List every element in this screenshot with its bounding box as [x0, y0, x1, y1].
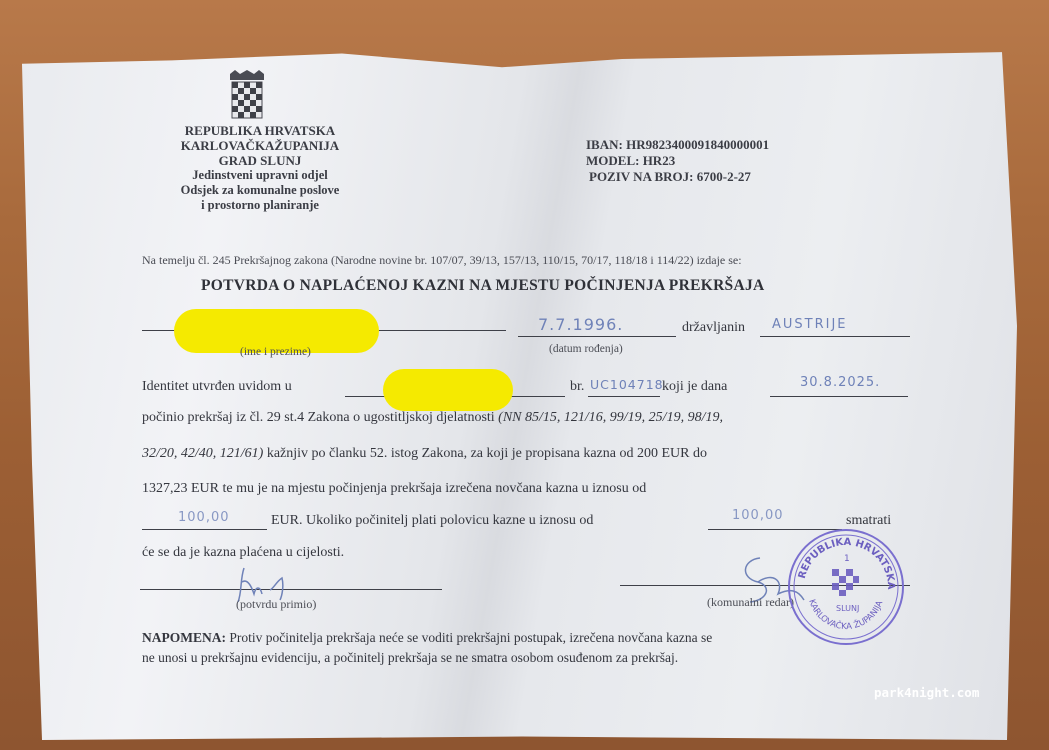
note-line-2: ne unosi u prekršajnu evidenciju, a poči…: [142, 650, 678, 666]
issuer-city: GRAD SLUNJ: [140, 153, 380, 168]
note-text-1: Protiv počinitelja prekršaja neće se vod…: [226, 630, 712, 645]
citizen-label: državljanin: [682, 320, 745, 336]
issuer-section: Odsjek za komunalne poslove: [140, 183, 380, 198]
fine-amount-line: [142, 529, 267, 530]
body-line-4a: EUR. Ukoliko počinitelj plati polovicu k…: [271, 513, 593, 529]
svg-text:1: 1: [844, 554, 850, 564]
law-references-2: 32/20, 42/40, 121/61): [142, 446, 263, 461]
issuer-county: KARLOVAČKAŽUPANIJA: [140, 138, 380, 153]
citizen-line: [760, 336, 910, 337]
payment-details: IBAN: HR9823400091840000001 MODEL: HR23 …: [586, 137, 769, 185]
citizen-value: AUSTRIJE: [772, 317, 848, 332]
svg-text:SLUNJ: SLUNJ: [836, 604, 859, 613]
document-title: POTVRDA O NAPLAĆENOJ KAZNI NA MJESTU POČ…: [201, 277, 765, 295]
received-caption: (potvrdu primio): [236, 597, 316, 612]
official-stamp-icon: REPUBLIKA HRVATSKA KARLOVAČKA ŽUPANIJA 1…: [786, 527, 906, 647]
iban: IBAN: HR9823400091840000001: [586, 137, 769, 153]
watermark: park4night.com: [874, 685, 979, 700]
issuer-section-2: i prostorno planiranje: [140, 198, 380, 213]
date-label: koji je dana: [662, 379, 727, 395]
legal-basis: Na temelju čl. 245 Prekršajnog zakona (N…: [142, 253, 742, 268]
body-line-1: počinio prekršaj iz čl. 29 st.4 Zakona o…: [142, 410, 723, 426]
issuer-department: Jedinstveni upravni odjel: [140, 168, 380, 183]
body-line-5: će se da je kazna plaćena u cijelosti.: [142, 545, 344, 561]
birth-date-value: 7.7.1996.: [538, 315, 623, 334]
fine-amount-value: 100,00: [178, 510, 230, 525]
birth-date-line: [518, 336, 676, 337]
payment-model: MODEL: HR23: [586, 153, 769, 169]
officer-caption: (komunalni redar): [707, 595, 794, 610]
identity-redaction: [383, 369, 513, 411]
note-label: NAPOMENA:: [142, 630, 226, 645]
issuer-country: REPUBLIKA HRVATSKA: [140, 123, 380, 138]
birth-date-caption: (datum rođenja): [549, 343, 623, 355]
note-line-1: NAPOMENA: Protiv počinitelja prekršaja n…: [142, 630, 712, 646]
br-line: [588, 396, 660, 397]
croatian-coat-of-arms-icon: [227, 70, 267, 124]
half-amount-value: 100,00: [732, 508, 784, 523]
offense-law-text: počinio prekršaj iz čl. 29 st.4 Zakona o…: [142, 410, 498, 425]
body-line-3: 1327,23 EUR te mu je na mjestu počinjenj…: [142, 481, 646, 497]
law-references: (NN 85/15, 121/16, 99/19, 25/19, 98/19,: [498, 410, 723, 425]
offense-date-value: 30.8.2025.: [800, 375, 880, 390]
body-line-2: 32/20, 42/40, 121/61) kažnjiv po članku …: [142, 446, 707, 462]
date-line: [770, 396, 908, 397]
penalty-range-text: kažnjiv po članku 52. istog Zakona, za k…: [263, 446, 707, 461]
reference-number: POZIV NA BROJ: 6700-2-27: [589, 169, 769, 185]
issuer-header: REPUBLIKA HRVATSKA KARLOVAČKAŽUPANIJA GR…: [140, 123, 380, 213]
br-label: br.: [570, 379, 584, 395]
identity-label: Identitet utvrđen uvidom u: [142, 379, 292, 395]
document-number-value: UC104718: [590, 377, 664, 392]
name-caption: (ime i prezime): [240, 346, 311, 358]
